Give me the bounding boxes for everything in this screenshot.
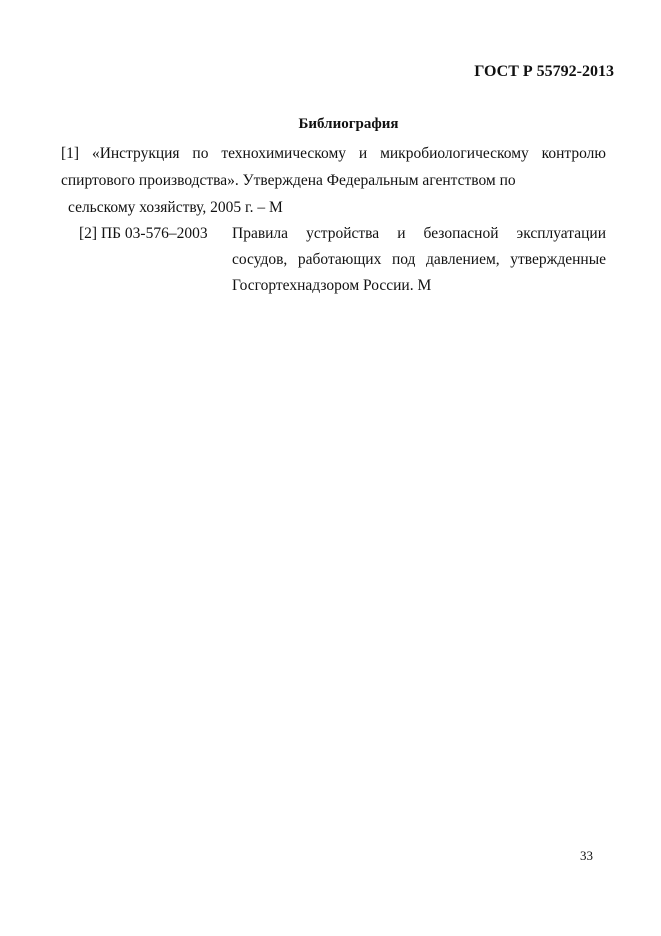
reference-1-line-3: сельскому хозяйству, 2005 г. – М [68,199,283,217]
reference-2-line-2: сосудов, работающих под давлением, утвер… [232,251,606,269]
reference-2-line-1: Правила устройства и безопасной эксплуат… [232,225,606,243]
document-header-code: ГОСТ Р 55792-2013 [474,63,614,81]
reference-1-line-2: спиртового производства». Утверждена Фед… [61,172,516,190]
reference-2-line-3: Госгортехнадзором России. М [232,277,431,295]
section-title: Библиография [0,116,661,133]
page-number: 33 [580,848,593,864]
reference-1-line-1: [1] «Инструкция по технохимическому и ми… [61,145,606,163]
reference-2-label: [2] ПБ 03-576–2003 [79,225,208,243]
